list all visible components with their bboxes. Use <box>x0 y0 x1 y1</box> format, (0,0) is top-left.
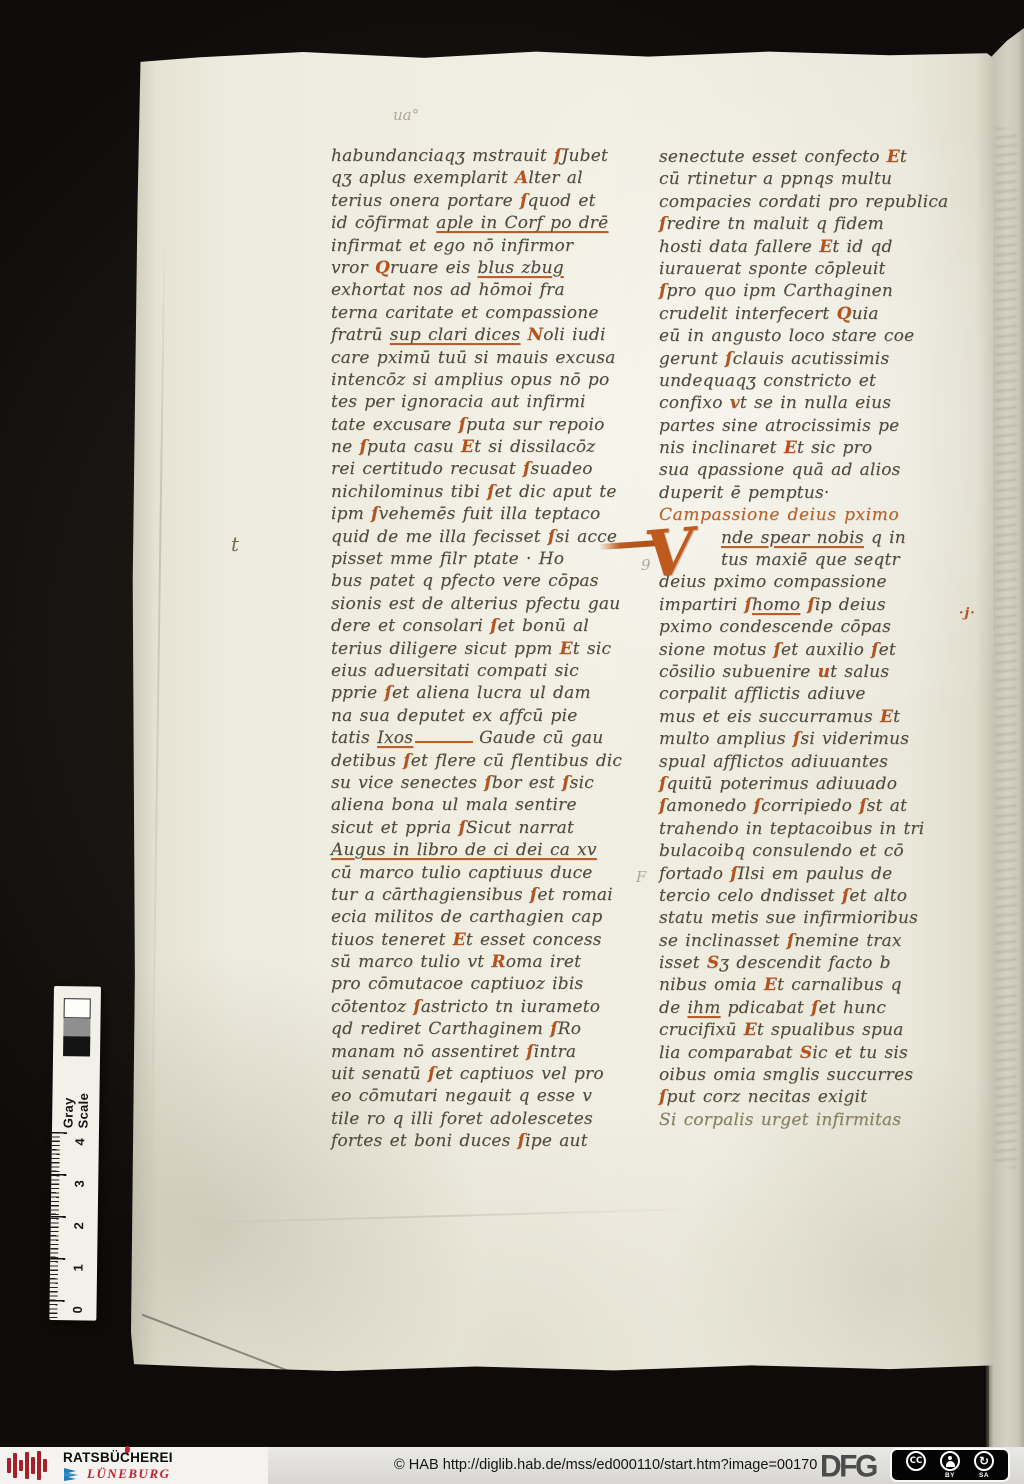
text-line: terna caritate et compassione <box>331 303 665 325</box>
parchment-crease <box>150 230 165 1180</box>
red-paraph-mark: ſ <box>518 1131 526 1151</box>
text-segment: suadeo <box>530 459 592 479</box>
text-segment: trahendo in teptacoibus in tri <box>659 819 924 839</box>
red-paraph-mark: ſ <box>730 864 738 884</box>
text-segment: t sic <box>573 639 611 659</box>
text-line: fortado ſIlsi em paulus de <box>659 864 983 886</box>
red-paraph-mark: A <box>515 168 528 188</box>
text-segment: care pximū tuū si mauis excusa <box>331 348 616 368</box>
text-segment: compacies cordati pro republica <box>659 192 948 212</box>
manuscript-page: habundanciaqʒ mstrauit ſJubetqʒ aplus ex… <box>131 50 993 1372</box>
cc-sa-icon: ↻ SA <box>974 1451 994 1479</box>
text-line: eo cōmutari negauit q esse v <box>331 1086 665 1108</box>
text-segment: bor est <box>492 773 562 793</box>
text-line: partes sine atrocissimis pe <box>659 416 983 438</box>
text-segment: mus et eis succurramus <box>659 707 880 727</box>
text-segment: Campassione deius pximo <box>659 505 899 525</box>
text-segment: et romai <box>537 885 612 905</box>
text-line: uit senatū ſet captiuos vel pro <box>331 1064 665 1086</box>
red-paraph-mark: ſ <box>526 1042 534 1062</box>
text-segment: st at <box>867 796 907 816</box>
text-segment: et captiuos vel pro <box>435 1064 603 1084</box>
text-segment: et auxilio <box>781 640 871 660</box>
text-segment: blus zbug <box>477 258 563 278</box>
red-paraph-mark: S <box>800 1043 812 1063</box>
book-chevron-icon <box>63 1467 83 1481</box>
text-segment: statu metis sue infirmioribus <box>659 908 918 928</box>
text-segment: intra <box>534 1042 576 1062</box>
text-line: pprie ſet aliena lucra ul dam <box>331 683 665 705</box>
text-line: trahendo in teptacoibus in tri <box>659 819 983 841</box>
text-segment: infirmat et ego nō infirmor <box>331 236 573 256</box>
text-line: de ihm pdicabat ſet hunc <box>659 998 983 1020</box>
red-paraph-mark: ſ <box>871 640 879 660</box>
red-paraph-mark: ſ <box>371 504 379 524</box>
text-segment: eius aduersitati compati sic <box>331 661 579 681</box>
text-line: mus et eis succurramus Et <box>659 707 983 729</box>
text-segment: pro quo ipm Carthaginen <box>667 281 894 301</box>
text-segment: Ro <box>558 1019 581 1039</box>
text-segment: et dic aput te <box>495 482 617 502</box>
ruler-numbers: 43210 <box>54 986 101 987</box>
brand-name-line2: LÜNEBURG <box>87 1466 171 1482</box>
text-line: cū rtinetur a ppnqs multu <box>659 169 983 191</box>
text-line: tes per ignoracia aut infirmi <box>331 392 665 414</box>
text-segment: si viderimus <box>800 729 909 749</box>
text-segment: undequaqʒ constricto et <box>659 371 876 391</box>
text-segment: nibus omia <box>659 975 764 995</box>
text-segment: t sic pro <box>797 438 872 458</box>
text-segment: sicut et ppria <box>331 818 459 838</box>
text-line: vror Qruare eis blus zbug <box>331 258 665 280</box>
red-paraph-mark: E <box>784 438 797 458</box>
red-paraph-mark: E <box>764 975 777 995</box>
ruler-ticks-cm <box>49 1132 67 1314</box>
ruler-number: 2 <box>71 1218 86 1234</box>
red-paraph-mark: N <box>528 325 544 345</box>
text-segment: tate excusare <box>331 415 459 435</box>
margin-mark: F <box>636 868 646 886</box>
text-line: ſpro quo ipm Carthaginen <box>659 281 983 303</box>
text-segment: et alto <box>849 886 907 906</box>
ruler-number: 3 <box>72 1176 87 1192</box>
text-line: cū marco tulio captiuus duce <box>331 863 665 885</box>
margin-mark: ua° <box>393 106 419 124</box>
text-segment: t si dissilacōz <box>474 437 595 457</box>
red-paraph-mark: ſ <box>811 998 819 1018</box>
text-line: qd rediret Carthaginem ſRo <box>331 1019 665 1041</box>
text-segment: de <box>659 998 687 1018</box>
red-paraph-mark: S <box>707 953 719 973</box>
text-segment: ecia militos de carthagien cap <box>331 907 603 927</box>
text-line: pro cōmutacoe captiuoz ibis <box>331 974 665 996</box>
cc-sa-label: SA <box>979 1472 989 1479</box>
text-segment: spual afflictos adiuuantes <box>659 752 888 772</box>
showthrough-text-texture <box>995 128 1017 1168</box>
margin-mark: t <box>231 532 239 556</box>
text-line: oibus omia smglis succurres <box>659 1065 983 1087</box>
text-segment: lia comparabat <box>659 1043 800 1063</box>
text-segment: cōsilio subuenire <box>659 662 818 682</box>
calibration-patch-gray <box>63 1018 90 1036</box>
text-segment: nis inclinaret <box>659 438 784 458</box>
text-segment: isset <box>659 953 707 973</box>
red-paraph-mark: E <box>880 707 893 727</box>
text-segment: aple in Corf po drē <box>436 213 608 233</box>
text-line: bulacoibq consulendo et cō <box>659 841 983 863</box>
text-line: pisset mme filr ptate · Ho <box>331 549 665 571</box>
text-segment: bus patet q pfecto vere cōpas <box>331 571 599 591</box>
text-line: sione motus ſet auxilio ſet <box>659 640 983 662</box>
text-line: ſamonedo ſcorripiedo ſst at <box>659 796 983 818</box>
text-segment: cū marco tulio captiuus duce <box>331 863 593 883</box>
text-line: corpalit afflictis adiuve <box>659 684 983 706</box>
text-line: sicut et ppria ſSicut narrat <box>331 818 665 840</box>
text-segment: multo amplius <box>659 729 793 749</box>
text-segment: pdicabat <box>721 998 812 1018</box>
text-segment: Ilsi em paulus de <box>738 864 893 884</box>
cc-license-badge: CC BY ↻ SA <box>890 1448 1010 1482</box>
red-paraph-mark: ſ <box>659 796 667 816</box>
text-line: crucifixū Et spualibus spua <box>659 1020 983 1042</box>
red-paraph-mark: ſ <box>859 796 867 816</box>
text-line: crudelit interfecert Quia <box>659 304 983 326</box>
text-segment: dere et consolari <box>331 616 490 636</box>
text-segment: duperit ē pemptus· <box>659 483 830 503</box>
red-paraph-mark: u <box>818 662 831 682</box>
text-segment: puta sur repoio <box>466 415 604 435</box>
text-line: sionis est de alterius pfectu gau <box>331 594 665 616</box>
text-line: statu metis sue infirmioribus <box>659 908 983 930</box>
flame-icon <box>125 1446 130 1453</box>
red-paraph-mark: E <box>819 237 832 257</box>
text-segment <box>520 325 527 345</box>
text-segment: bulacoibq consulendo et cō <box>659 841 904 861</box>
text-line: gerunt ſclauis acutissimis <box>659 349 983 371</box>
text-segment: fortado <box>659 864 730 884</box>
red-paraph-mark: ſ <box>659 1087 667 1107</box>
text-line: Augus in libro de ci dei ca xv <box>331 840 665 862</box>
grayscale-label: Gray Scale <box>52 1068 100 1129</box>
text-segment: Ixos <box>377 728 413 748</box>
text-line: tate excusare ſputa sur repoio <box>331 415 665 437</box>
text-line: multo amplius ſsi viderimus <box>659 729 983 751</box>
margin-mark: 9 <box>641 556 651 574</box>
cc-by-label: BY <box>945 1472 955 1479</box>
red-paraph-mark: E <box>560 639 573 659</box>
brand-name-line1: RATSBÜCHEREI <box>63 1450 173 1465</box>
text-segment: tiuos teneret <box>331 930 453 950</box>
text-column-left: habundanciaqʒ mstrauit ſJubetqʒ aplus ex… <box>331 146 665 1154</box>
red-paraph-mark: ſ <box>487 482 495 502</box>
text-line: na sua deputet ex affcū pie <box>331 706 665 728</box>
text-line: tus maxiē que seqtr <box>659 550 983 572</box>
calibration-patch-white <box>64 998 91 1018</box>
text-segment: senectute esset confecto <box>659 147 887 167</box>
text-segment: et aliena lucra ul dam <box>392 683 591 703</box>
text-segment: tur a cārthagiensibus <box>331 885 530 905</box>
margin-mark: ·j· <box>959 606 976 621</box>
text-line: ſput corz necitas exigit <box>659 1087 983 1109</box>
red-paraph-mark: v <box>730 393 740 413</box>
text-line: infirmat et ego nō infirmor <box>331 236 665 258</box>
text-segment: impartiri <box>659 595 744 615</box>
text-segment: fortes et boni duces <box>331 1131 518 1151</box>
red-paraph-mark: R <box>491 952 505 972</box>
text-segment: put corz necitas exigit <box>667 1087 868 1107</box>
text-segment: astricto tn iurameto <box>421 997 600 1017</box>
text-line: eū in angusto loco stare coe <box>659 326 983 348</box>
text-segment: homo <box>752 595 800 615</box>
text-line: terius diligere sicut ppm Et sic <box>331 639 665 661</box>
text-segment: quitū poterimus adiuuado <box>667 774 898 794</box>
text-line: deius pximo compassione <box>659 572 983 594</box>
text-line: Campassione deius pximo <box>659 505 983 527</box>
text-line: care pximū tuū si mauis excusa <box>331 348 665 370</box>
text-segment: corripiedo <box>761 796 859 816</box>
text-line: ipm ſvehemēs fuit illa teptaco <box>331 504 665 526</box>
red-paraph-mark: ſ <box>807 595 815 615</box>
text-line: id cōfirmat aple in Corf po drē <box>331 213 665 235</box>
text-segment: manam nō assentiret <box>331 1042 526 1062</box>
text-segment: gerunt <box>659 349 725 369</box>
text-segment: redire tn maluit q fidem <box>667 214 884 234</box>
text-segment: Si corpalis urget infirmitas <box>659 1110 901 1130</box>
text-line: cōsilio subuenire ut salus <box>659 662 983 684</box>
text-segment: confixo <box>659 393 730 413</box>
text-segment: pro cōmutacoe captiuoz ibis <box>331 974 583 994</box>
text-segment: t id qd <box>832 237 892 257</box>
text-line: fratrū sup clari dices Noli iudi <box>331 325 665 347</box>
text-segment: nichilominus tibi <box>331 482 487 502</box>
ruler-number: 4 <box>72 1134 87 1150</box>
cc-icon: CC <box>906 1451 926 1479</box>
copyright-url-text: © HAB http://diglib.hab.de/mss/ed000110/… <box>394 1456 817 1473</box>
text-segment: qʒ aplus exemplarit <box>331 168 515 188</box>
text-line: sū marco tulio vt Roma iret <box>331 952 665 974</box>
text-segment: clauis acutissimis <box>733 349 890 369</box>
text-line: Si corpalis urget infirmitas <box>659 1110 983 1132</box>
text-segment: t se in nulla eius <box>740 393 891 413</box>
text-line: terius onera portare ſquod et <box>331 191 665 213</box>
text-segment: Jubet <box>561 146 608 166</box>
text-segment: terius diligere sicut ppm <box>331 639 560 659</box>
text-line: confixo vt se in nulla eius <box>659 393 983 415</box>
text-segment: iurauerat sponte cōpleuit <box>659 259 886 279</box>
text-segment: t salus <box>830 662 889 682</box>
text-segment: qd rediret Carthaginem <box>331 1019 550 1039</box>
text-segment: et bonū al <box>498 616 589 636</box>
library-bars-icon <box>7 1451 47 1480</box>
text-column-right: senectute esset confecto Etcū rtinetur a… <box>659 147 983 1132</box>
text-segment: exhortat nos ad hōmoi fra <box>331 280 565 300</box>
text-line: compacies cordati pro republica <box>659 192 983 214</box>
text-segment: t <box>900 147 907 167</box>
text-segment: et flere cū flentibus dic <box>411 751 622 771</box>
text-line: senectute esset confecto Et <box>659 147 983 169</box>
text-segment: nemine trax <box>794 931 901 951</box>
text-line: nichilominus tibi ſet dic aput te <box>331 482 665 504</box>
grayscale-calibration-ruler: Gray Scale 43210 <box>49 986 101 1321</box>
text-line: impartiri ſhomo ſip deius <box>659 595 983 617</box>
text-segment: corpalit afflictis adiuve <box>659 684 866 704</box>
text-segment: t spualibus spua <box>757 1020 904 1040</box>
text-segment: ruare eis <box>390 258 477 278</box>
text-segment: tatis <box>331 728 377 748</box>
text-segment: sione motus <box>659 640 773 660</box>
text-line: tur a cārthagiensibus ſet romai <box>331 885 665 907</box>
text-segment: tile ro q illi foret adolescetes <box>331 1109 593 1129</box>
text-segment: cū rtinetur a ppnqs multu <box>659 169 892 189</box>
text-segment: nde spear nobis <box>721 528 864 548</box>
red-paraph-mark: ſ <box>744 595 752 615</box>
text-segment: fratrū <box>331 325 390 345</box>
text-line: ſquitū poterimus adiuuado <box>659 774 983 796</box>
ruler-number: 0 <box>70 1302 85 1318</box>
red-paraph-mark: ſ <box>773 640 781 660</box>
text-line: undequaqʒ constricto et <box>659 371 983 393</box>
red-paraph-mark: ſ <box>550 1019 558 1039</box>
text-line: eius aduersitati compati sic <box>331 661 665 683</box>
text-segment: pximo condescende cōpas <box>659 617 891 637</box>
red-paraph-mark: E <box>887 147 900 167</box>
ratsbuecherei-logo: RATSBÜCHEREI LÜNEBURG <box>0 1447 268 1484</box>
text-segment: lter al <box>528 168 582 188</box>
text-segment: ip deius <box>815 595 886 615</box>
text-line: fortes et boni duces ſipe aut <box>331 1131 665 1153</box>
text-segment: quod et <box>527 191 595 211</box>
text-line: pximo condescende cōpas <box>659 617 983 639</box>
text-line: cōtentoz ſastricto tn iurameto <box>331 997 665 1019</box>
text-segment: ʒ descendit facto b <box>719 953 890 973</box>
text-segment: q in <box>864 528 906 548</box>
text-segment: eū in angusto loco stare coe <box>659 326 914 346</box>
text-segment: sup clari dices <box>390 325 521 345</box>
text-segment: vror <box>331 258 375 278</box>
decorated-initial: V <box>642 520 697 588</box>
text-line: intencōz si amplius opus nō po <box>331 370 665 392</box>
text-segment: uia <box>852 304 879 324</box>
text-segment: tus maxiē que seqtr <box>721 550 900 570</box>
text-segment: amonedo <box>667 796 754 816</box>
text-segment: hosti data fallere <box>659 237 819 257</box>
red-paraph-mark: E <box>461 437 474 457</box>
text-segment: t esset concess <box>466 930 602 950</box>
text-segment: sū marco tulio vt <box>331 952 491 972</box>
text-line: nde spear nobis q in <box>659 528 983 550</box>
red-paraph-mark: ſ <box>659 281 667 301</box>
red-paraph-mark: ſ <box>659 774 667 794</box>
dfg-logo: DFG <box>820 1449 876 1484</box>
scan-stage: habundanciaqʒ mstrauit ſJubetqʒ aplus ex… <box>0 0 1024 1484</box>
text-segment: quid de me illa fecisset <box>331 527 548 547</box>
red-paraph-mark: ſ <box>562 773 570 793</box>
text-segment: crucifixū <box>659 1020 744 1040</box>
text-segment: et <box>879 640 896 660</box>
text-segment: ne <box>331 437 360 457</box>
parchment-crease <box>186 1208 706 1225</box>
text-segment: ipm <box>331 504 371 524</box>
text-segment: et hunc <box>819 998 887 1018</box>
text-line: exhortat nos ad hōmoi fra <box>331 280 665 302</box>
text-line: habundanciaqʒ mstrauit ſJubet <box>331 146 665 168</box>
text-line: tiuos teneret Et esset concess <box>331 930 665 952</box>
red-paraph-mark: ſ <box>413 997 421 1017</box>
text-segment: sua qpassione quā ad alios <box>659 460 901 480</box>
text-segment: pisset mme filr ptate · Ho <box>331 549 564 569</box>
hairline-scratch <box>142 1314 290 1372</box>
text-segment: detibus <box>331 751 403 771</box>
text-segment: cōtentoz <box>331 997 413 1017</box>
text-segment: ipe aut <box>525 1131 588 1151</box>
text-segment: tercio celo dndisset <box>659 886 842 906</box>
text-segment: Augus in libro de ci dei ca xv <box>331 840 597 860</box>
red-paraph-mark: Q <box>375 258 390 278</box>
text-line: tercio celo dndisset ſet alto <box>659 886 983 908</box>
text-segment: aliena bona ul mala sentire <box>331 795 577 815</box>
text-segment: vehemēs fuit illa teptaco <box>379 504 601 524</box>
ruler-number: 1 <box>70 1260 85 1276</box>
text-segment: t <box>893 707 900 727</box>
digitization-footer: RATSBÜCHEREI LÜNEBURG © HAB http://digli… <box>0 1447 1024 1484</box>
text-segment: sionis est de alterius pfectu gau <box>331 594 620 614</box>
text-line: spual afflictos adiuuantes <box>659 752 983 774</box>
text-segment: terna caritate et compassione <box>331 303 599 323</box>
text-segment: su vice senectes <box>331 773 484 793</box>
text-segment: oma iret <box>506 952 581 972</box>
text-segment: rei certitudo recusat <box>331 459 523 479</box>
text-segment: eo cōmutari negauit q esse v <box>331 1086 592 1106</box>
text-line: rei certitudo recusat ſsuadeo <box>331 459 665 481</box>
red-paraph-mark: Q <box>837 304 852 324</box>
text-line: ſredire tn maluit q fidem <box>659 214 983 236</box>
calibration-patch-black <box>63 1036 90 1056</box>
red-paraph-mark: E <box>744 1020 757 1040</box>
red-paraph-mark: ſ <box>659 214 667 234</box>
red-paraph-mark: E <box>453 930 466 950</box>
text-segment: ic et tu sis <box>812 1043 908 1063</box>
text-line: detibus ſet flere cū flentibus dic <box>331 751 665 773</box>
text-segment: id cōfirmat <box>331 213 436 233</box>
text-line: manam nō assentiret ſintra <box>331 1042 665 1064</box>
text-line: iurauerat sponte cōpleuit <box>659 259 983 281</box>
text-segment: intencōz si amplius opus nō po <box>331 370 609 390</box>
text-line: bus patet q pfecto vere cōpas <box>331 571 665 593</box>
red-paraph-mark: ſ <box>385 683 393 703</box>
red-paraph-mark: ſ <box>725 349 733 369</box>
text-line: sua qpassione quā ad alios <box>659 460 983 482</box>
brand-name-text: RATSBÜCHEREI <box>63 1450 173 1465</box>
text-line: su vice senectes ſbor est ſsic <box>331 773 665 795</box>
text-segment: Gaude cū gau <box>479 728 603 748</box>
text-segment: tes per ignoracia aut infirmi <box>331 392 586 412</box>
text-segment: crudelit interfecert <box>659 304 837 324</box>
red-paraph-mark: ſ <box>360 437 368 457</box>
text-segment: oli iudi <box>543 325 605 345</box>
text-line: aliena bona ul mala sentire <box>331 795 665 817</box>
text-segment: terius onera portare <box>331 191 520 211</box>
text-line: duperit ē pemptus· <box>659 483 983 505</box>
text-segment: sic <box>570 773 594 793</box>
text-line: hosti data fallere Et id qd <box>659 237 983 259</box>
text-line: tatis IxosGaude cū gau <box>331 728 665 750</box>
text-line: dere et consolari ſet bonū al <box>331 616 665 638</box>
text-segment <box>415 732 473 743</box>
text-line: isset Sʒ descendit facto b <box>659 953 983 975</box>
cc-letters: CC <box>910 1456 922 1466</box>
text-segment: pprie <box>331 683 385 703</box>
red-paraph-mark: ſ <box>459 818 467 838</box>
